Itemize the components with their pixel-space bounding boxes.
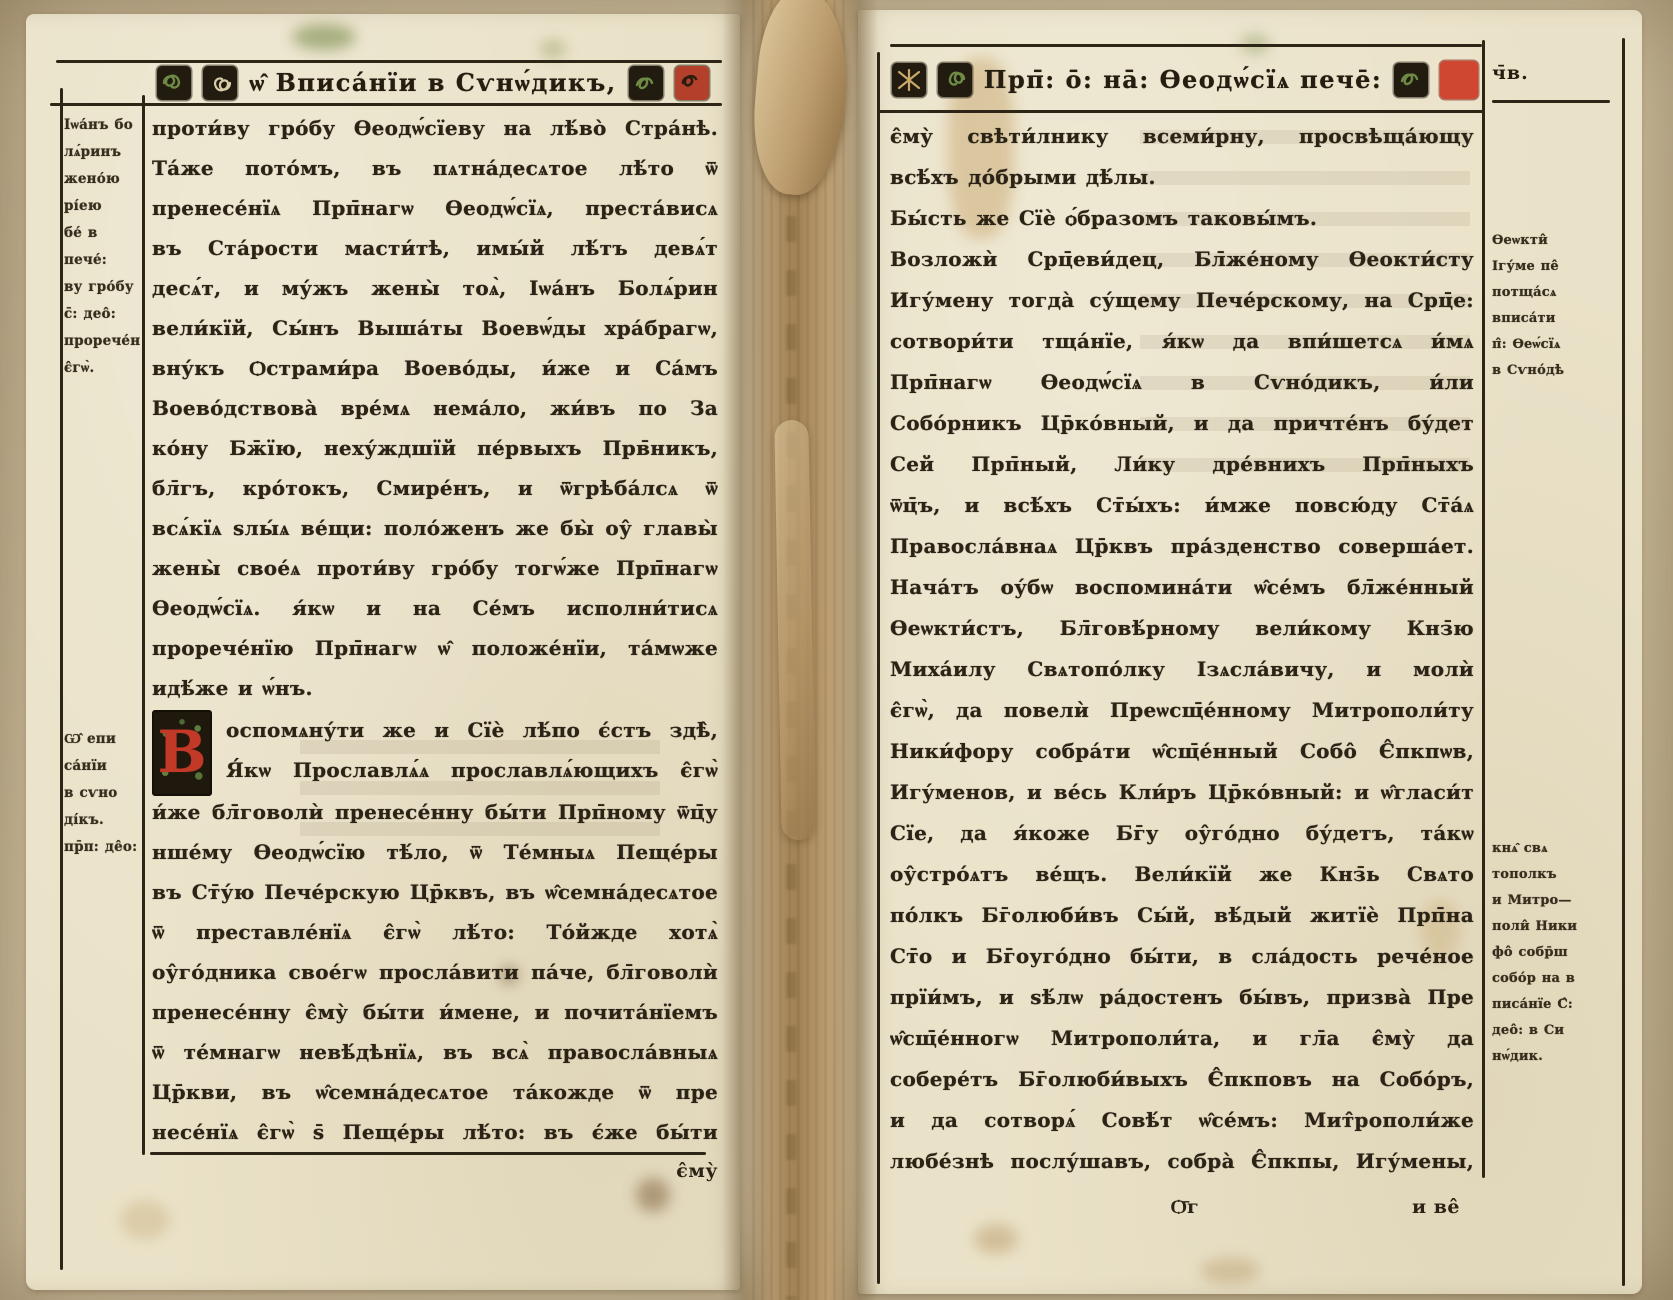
left-paragraph-1: проти́ву гро́бу Ѳеодѡ́сїеву на лѣ́во̀ Ст… [152,108,718,708]
text-line: Іѡа́нъ бо [64,112,140,139]
frame-rule [1482,40,1485,1178]
text-line: бе́ в цр̄кви [64,220,140,247]
text-line: ѿ те́мнагѡ невѣ́дѣнїѧ, въ всѧ̀ правосла́… [152,1032,718,1072]
woodcut-ornament-icon [1394,63,1428,97]
text-line: жены̀ свое́ѧ проти́ву гро́бу тогѡ́же Прп… [152,548,718,588]
text-line: Собо́рникъ Цр̄ко́вный, и да причте́нъ бу… [890,403,1474,444]
text-line: любе́знѣ послу́шавъ, собра̀ Є̂пкпы, Игу́… [890,1141,1474,1182]
text-line: Ігу́ме пе̂ [1492,254,1618,280]
frame-rule [142,95,145,1155]
text-line: въ Ста́рости масти́тѣ, имы́й лѣ́тъ девѧ́… [152,228,718,268]
text-line: жено́ю ма [64,166,140,193]
text-line: и Митро— [1492,888,1618,914]
text-line: Ѳеѡкти̂ [1492,228,1618,254]
right-catchword: и ве̂ [1360,1196,1460,1218]
woodcut-ornament-icon [157,66,191,100]
text-line: Миха́илу Свѧтопо́лку Ізѧсла́вичу, и молѝ [890,649,1474,690]
left-running-title-text: ѡ̂ Вписа́нїи в Сѵнѡ́дикъ, [249,68,616,98]
right-running-title-text: Прп̄: о̄: на̄: Ѳеодѡ́сїѧ пече̄: [984,65,1382,95]
frame-rule [60,88,63,1270]
text-line: Я́кѡ Прославлѧ́ѧ прославлѧ́ющихъ є̂гѡ̀ Г… [226,750,718,790]
frame-rule [150,1152,706,1155]
text-line: Игу́менов, и ве́сь Кли́ръ Цр̄ко́вный: и … [890,772,1474,813]
woodcut-ornament-icon [938,63,972,97]
right-margin-note-1: Ѳеѡкти̂Ігу́ме пе̂потща́сѧвписа́тип̂: Ѳеѡ… [1492,228,1618,384]
text-line: ѡ̂сщ̄е́нногѡ Митрополи́та, и гл̄а є̂му̀ … [890,1018,1474,1059]
text-line: ді́къ. [64,807,140,834]
text-line: и́же бл̄говолѝ пренесе́нну бы́ти Прп̄ном… [152,792,718,832]
text-line: прорече́нїю Прп̄нагѡ ѡ̂ положе́нїи, та́м… [152,628,718,668]
initial-letter-glyph: В [157,718,206,786]
text-line: прїи́мъ, и ѕѣ́лѡ ра́достенъ бы́въ, призв… [890,977,1474,1018]
text-line: ко́ну Бж̄їю, неху́ждшїй пе́рвыхъ Прв̄ник… [152,428,718,468]
book-scan-photo: ѡ̂ Вписа́нїи в Сѵнѡ́дикъ, Іѡа́нъ болѧ́ри… [0,0,1673,1300]
text-line: Правосла́внаѧ Цр̄квъ пра́зденство соверш… [890,526,1474,567]
text-line: Возложѝ Срц̄еви́дец, Бл̄же́ному Ѳеокти́с… [890,239,1474,280]
text-line: є̂му̀ свѣти́лнику всеми́рну, просвѣща́ющ… [890,116,1474,157]
text-line: прорече́нїю [64,328,140,355]
text-line: Сїе, да я́коже Бг̄у оу̂го́дно бу́детъ, т… [890,813,1474,854]
text-line: пренесе́нну є̂му̀ бы́ти и́мене, и почита… [152,992,718,1032]
text-line: Ѳеѡкти́стъ, Бл̄говѣ́рному вели́кому Кнз̄… [890,608,1474,649]
frame-rule [890,44,1482,47]
text-line: пече́: проті̂ [64,247,140,274]
text-line: лѧ́ринъ съ [64,139,140,166]
text-line: Игу́мену тогда̀ су́щему Пече́рскому, на … [890,280,1474,321]
text-line: бл̄гъ, кро́токъ, Смире́нъ, и ѿгрѣба́лсѧ … [152,468,718,508]
left-margin-note-2: Ѡ̂ еписа́нїив сѵноді́къ.пр̄п: де̂о: [64,726,140,861]
decorated-initial-letter: В [152,710,212,796]
text-line: кнѧ̂ свѧ [1492,836,1618,862]
text-line: Цр̄кви, въ ѡ̂семна́десѧтое та́кожде ѿ пр… [152,1072,718,1112]
text-line: нѡ́дик. [1492,1044,1618,1070]
text-line: оу̂стро́ѧтъ ве́щъ. Вели́кїй же Кнз̄ь Свѧ… [890,854,1474,895]
text-line: Прп̄нагѡ Ѳеодѡ́сїѧ в Сѵно́дикъ, и́ли [890,362,1474,403]
text-line: Ники́фору собра́ти ѡ̂сщ̄е́нный Собо̂ Є̂п… [890,731,1474,772]
text-line: ѿ преставле́нїѧ є̂гѡ̀ лѣ́то: То́йжде хот… [152,912,718,952]
text-line: Ст̄о и Бг̄оуго́дно бы́ти, в сла́дость ре… [890,936,1474,977]
text-line: Ѡ̂ епи [64,726,140,753]
frame-rule [1622,38,1625,1286]
text-line: вели́кїй, Сы́нъ Выша́ты Воевѡ́ды хра́бра… [152,308,718,348]
text-line: и да сотворѧ́ Совѣ́т ѡ̂се́мъ: Мит̂рополи… [890,1100,1474,1141]
text-line: сотвори́ти тща́нїе, я́кѡ да впи́шетсѧ и́… [890,321,1474,362]
left-paragraph-2-start: В оспомѧну́ти же и Сїѐ лѣ́по є́стъ здѣ̀,… [152,710,718,796]
left-margin-note-1: Іѡа́нъ болѧ́ринъ съжено́ю марі́ею погреб… [64,112,140,382]
text-line: проти́ву гро́бу Ѳеодѡ́сїеву на лѣ́во̀ Ст… [152,108,718,148]
frame-rule [1492,100,1610,103]
text-line: нше́му Ѳеодѡ́сїю тѣ́ло, ѿ Те́мныѧ Пеще́р… [152,832,718,872]
text-line: део̂: в Си [1492,1018,1618,1044]
signature-mark: Ѻ̄г [1150,1196,1220,1219]
text-line: вписа́ти [1492,306,1618,332]
folio-number: ч̄в. [1492,62,1612,84]
text-line: Бы́сть же Сїѐ ѻ́бразомъ таковы́мъ. [890,198,1474,239]
text-line: тополкъ [1492,862,1618,888]
right-running-title: Прп̄: о̄: на̄: Ѳеодѡ́сїѧ пече̄: [890,58,1480,102]
text-line: п̂: Ѳеѡ́сїѧ [1492,332,1618,358]
woodcut-ornament-icon [203,66,237,100]
left-paragraph-2-intro: оспомѧну́ти же и Сїѐ лѣ́по є́стъ здѣ̀,Я́… [226,710,718,796]
text-line: ѿц̄ъ, и всѣ́хъ Ст̄ы́хъ: и́мже повсю́ду С… [890,485,1474,526]
text-line: са́нїи [64,753,140,780]
text-line: фо̂ собр̄ш [1492,940,1618,966]
text-line: писа́нїе С̂: [1492,992,1618,1018]
text-line: по́лкъ Бг̄олюби́въ Сы́й, вѣ́дый житїѐ Пр… [890,895,1474,936]
frame-rule [877,52,880,1284]
woodcut-ornament-icon [892,63,926,97]
text-line: оспомѧну́ти же и Сїѐ лѣ́по є́стъ здѣ̀, [226,710,718,750]
text-line: пр̄п: де̂о: [64,834,140,861]
text-line: оу̂го́дника свое́гѡ просла́вити па́че, б… [152,952,718,992]
text-line: Нача́тъ оу́бѡ воспомина́ти ѡ̂се́мъ бл̄же… [890,567,1474,608]
left-paragraph-2: и́же бл̄говолѝ пренесе́нну бы́ти Прп̄ном… [152,792,718,1152]
text-line: Ѳеодѡ́сїѧ. я́кѡ и на Се́мъ исполни́тисѧ [152,588,718,628]
text-line: въ Ст̄у́ю Пече́рскую Цр̄квъ, въ ѡ̂семна́… [152,872,718,912]
text-line: вну́къ Ѻстрами́ра Воево́ды, и́же и Са́мъ [152,348,718,388]
red-stamped-ornament-icon [675,66,709,100]
text-line: пренесе́нїѧ Прп̄нагѡ Ѳеодѡ́сїѧ, преста́в… [152,188,718,228]
text-line: Та́же пото́мъ, въ пѧтна́десѧтое лѣ́то ѿ [152,148,718,188]
text-line: всѣ́хъ до́брыми дѣ́лы. [890,157,1474,198]
text-line: в сѵно [64,780,140,807]
text-line: идѣ́же и ѡ́нъ. [152,668,718,708]
right-margin-note-2: кнѧ̂ свѧтополкъи Митро—поли̂ Никифо̂ соб… [1492,836,1618,1070]
woodcut-ornament-icon [629,66,663,100]
text-line: рі́ею погре [64,193,140,220]
text-line: потща́сѧ [1492,280,1618,306]
text-line: собо́р на в [1492,966,1618,992]
text-line: несе́нїѧ є̂гѡ̀ ѕ̄ Пеще́ры лѣ́то: въ є́же… [152,1112,718,1152]
text-line: собере́тъ Бг̄олюби́выхъ Є̂пкповъ на Собо… [890,1059,1474,1100]
text-line: в Сѵно́дѣ [1492,358,1618,384]
text-line: всѧ́кїѧ ѕлы́ѧ ве́щи: поло́женъ же бы̀ оу… [152,508,718,548]
text-line: Воево́дствова̀ вре́мѧ нема́ло, жи́въ по … [152,388,718,428]
text-line: Сей Прп̄ный, Ли́ку дре́внихъ Прп̄ныхъ [890,444,1474,485]
red-stamp-block-icon [1440,61,1478,99]
left-catchword: є̂му̀ [630,1160,718,1182]
right-text-block: є̂му̀ свѣти́лнику всеми́рну, просвѣща́ющ… [890,116,1474,1182]
text-line: десѧ́т, и му́жъ жены̀ тоѧ̀, Іѡа́нъ Болѧ́… [152,268,718,308]
text-line: ву гро́бу [64,274,140,301]
text-line: є̂гѡ̀, да повелѝ Преѡсщ̄е́нному Митропол… [890,690,1474,731]
frame-rule [877,110,1484,113]
text-line: с̄: део̂: по [64,301,140,328]
text-line: є̂гѡ̀. [64,355,140,382]
left-running-title: ѡ̂ Вписа́нїи в Сѵнѡ́дикъ, [150,62,716,104]
text-line: поли̂ Ники [1492,914,1618,940]
